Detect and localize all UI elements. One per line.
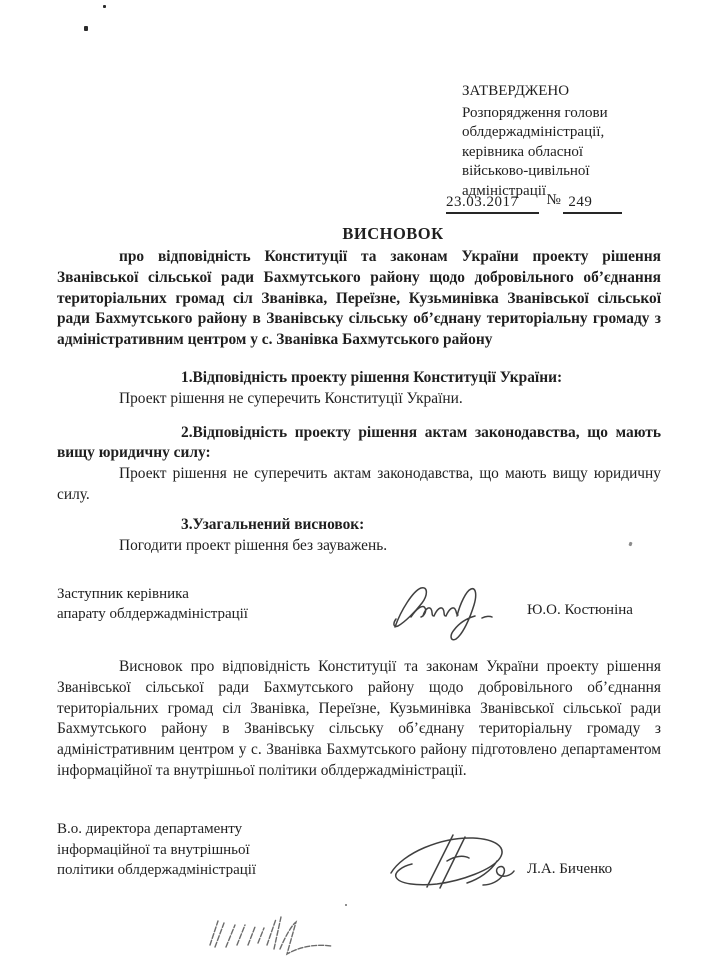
section-3-heading: 3.Узагальнений висновок: — [57, 515, 661, 536]
approval-block: ЗАТВЕРДЖЕНО Розпорядження голови облдерж… — [462, 82, 662, 201]
signatory-1-name: Ю.О. Костюніна — [527, 602, 633, 619]
handwritten-note-icon — [204, 905, 349, 960]
scan-speck — [84, 26, 88, 31]
closing-paragraph: Висновок про відповідність Конституції т… — [57, 657, 661, 782]
document-title: ВИСНОВОК — [90, 224, 696, 244]
approval-heading: ЗАТВЕРДЖЕНО — [462, 82, 662, 102]
approval-date: 23.03.2017 — [446, 194, 539, 214]
signatory-2-position-line: В.о. директора департаменту — [57, 819, 663, 840]
approval-line: облдержадміністрації, — [462, 123, 662, 143]
section-1-heading: 1.Відповідність проекту рішення Конститу… — [57, 368, 661, 389]
section-3-body: Погодити проект рішення без зауважень. — [57, 536, 661, 557]
approval-line: Розпорядження голови — [462, 104, 662, 124]
approval-line: військово-цивільної — [462, 162, 662, 182]
signatory-block-2: В.о. директора департаменту інформаційно… — [57, 819, 663, 881]
section-2-heading: 2.Відповідність проекту рішення актам за… — [57, 423, 661, 465]
scan-speck — [103, 5, 106, 8]
section-1-heading-text: Відповідність проекту рішення Конституці… — [193, 369, 563, 386]
date-number-line: 23.03.2017№249 — [446, 194, 666, 214]
sections: 1.Відповідність проекту рішення Конститу… — [57, 368, 661, 556]
section-1-number: 1. — [119, 368, 193, 389]
approval-number: 249 — [563, 194, 622, 214]
handwritten-signature-icon — [385, 831, 520, 895]
handwritten-signature-icon — [385, 575, 497, 645]
approval-line: керівника обласної — [462, 143, 662, 163]
section-3-heading-text: Узагальнений висновок: — [193, 516, 365, 533]
signatory-2-name: Л.А. Биченко — [527, 861, 612, 878]
section-1-body: Проект рішення не суперечить Конституції… — [57, 389, 661, 410]
section-3-number: 3. — [119, 515, 193, 536]
signatory-block-1: Заступник керівника апарату облдержадмін… — [57, 585, 663, 624]
section-2-body: Проект рішення не суперечить актам закон… — [57, 464, 661, 506]
signatory-2-position-line: інформаційної та внутрішньої — [57, 840, 663, 861]
number-sign: № — [547, 192, 562, 209]
document-subtitle: про відповідність Конституції та законам… — [57, 247, 661, 351]
scanned-document-page: ЗАТВЕРДЖЕНО Розпорядження голови облдерж… — [0, 0, 710, 977]
section-2-number: 2. — [119, 423, 193, 444]
